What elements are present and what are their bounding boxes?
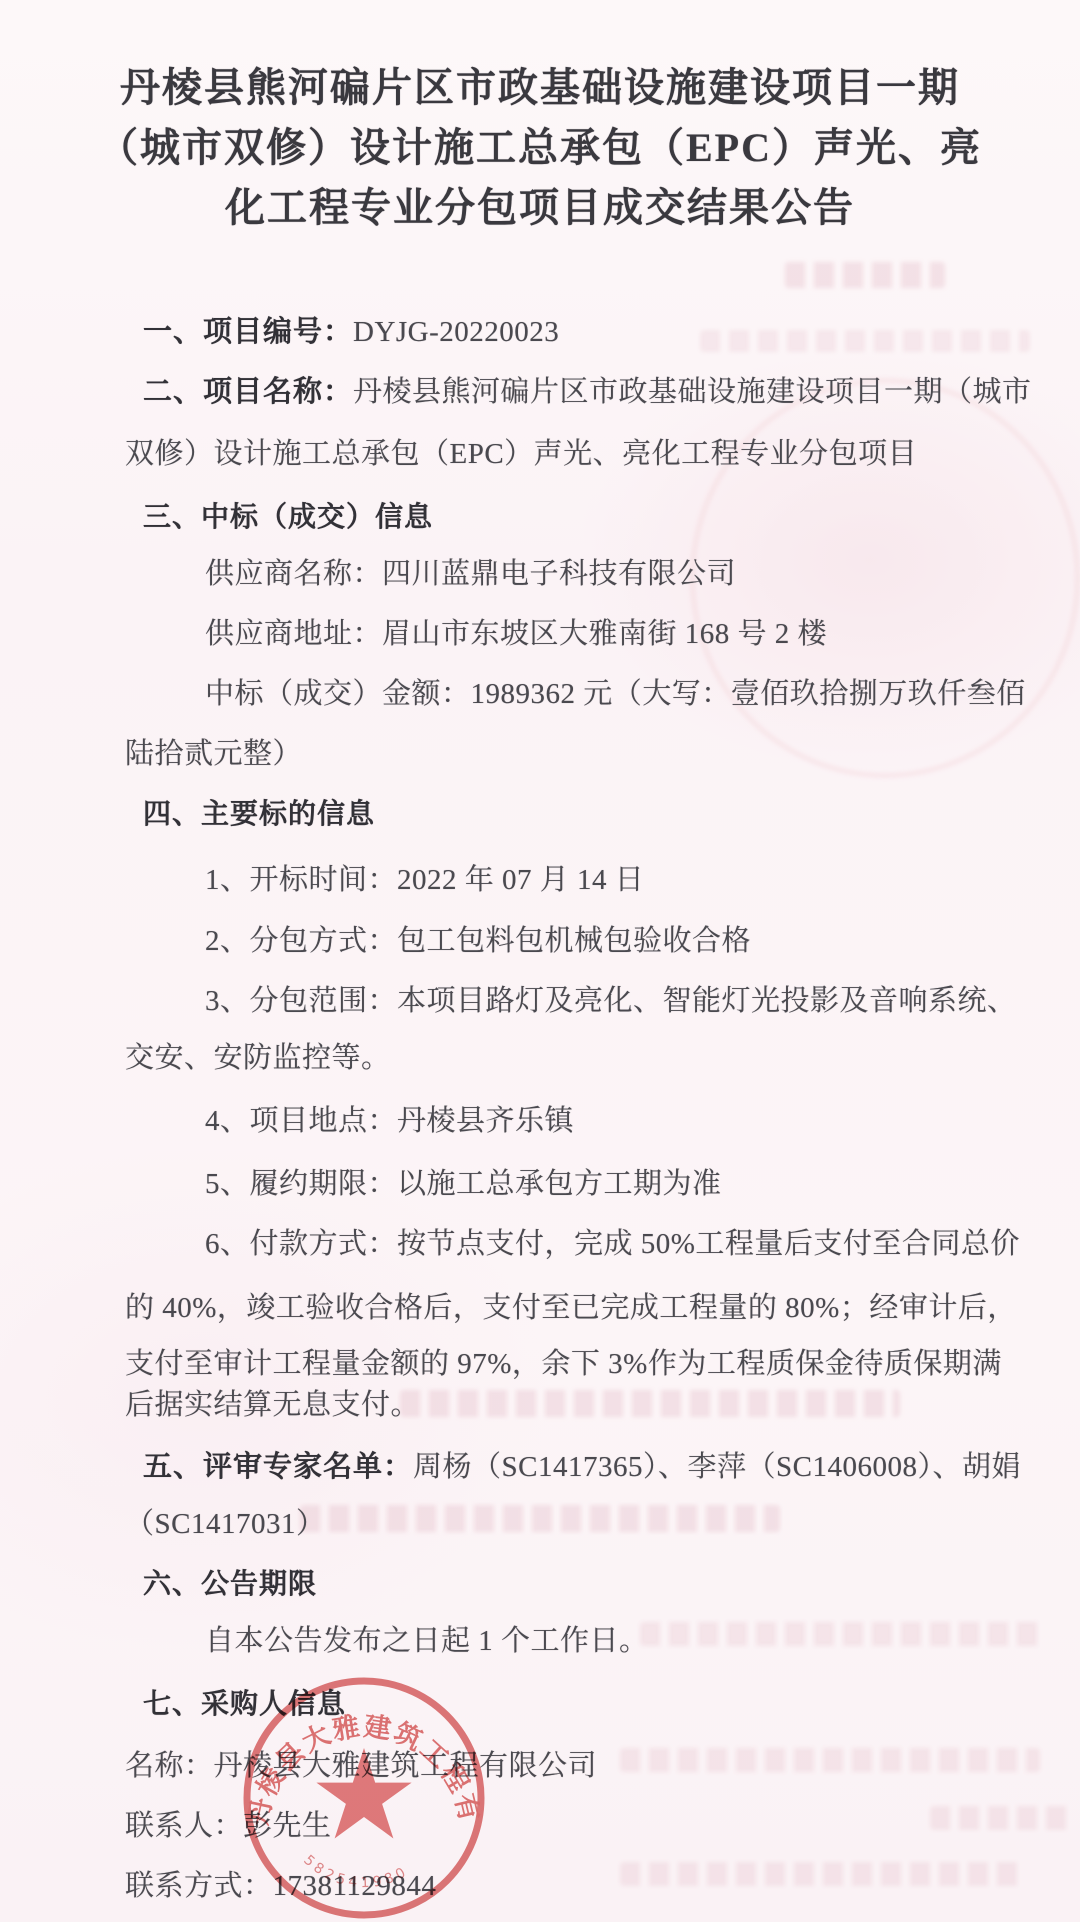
section-experts-label: 五、评审专家名单： bbox=[143, 1451, 413, 1483]
doc-title-line-1: 丹棱县熊河碥片区市政基础设施建设项目一期 bbox=[0, 68, 1080, 108]
subject-item-payment-line-1: 6、付款方式：按节点支付，完成 50%工程量后支付至合同总价 bbox=[205, 1230, 1020, 1259]
bleed-through-smudge bbox=[300, 1505, 780, 1532]
bleed-through-smudge bbox=[400, 1390, 900, 1417]
subject-item-payment-line-2: 的 40%，竣工验收合格后，支付至已完成工程量的 80%；经审计后， bbox=[125, 1294, 1017, 1323]
supplier-address-line: 供应商地址：眉山市东坡区大雅南街 168 号 2 楼 bbox=[205, 620, 827, 649]
experts-names: 周杨（SC1417365）、李萍（SC1406008）、胡娟 bbox=[413, 1451, 1021, 1483]
seal-serial-number: 582541980 bbox=[300, 1852, 412, 1891]
subject-item-scope-line-1: 3、分包范围：本项目路灯及亮化、智能灯光投影及音响系统、 bbox=[205, 987, 1017, 1016]
subject-item-payment-line-4: 后据实结算无息支付。 bbox=[125, 1391, 420, 1420]
svg-text:582541980: 582541980 bbox=[300, 1852, 412, 1891]
section-project-number: 一、项目编号：DYJG-20220023 bbox=[143, 318, 559, 347]
project-name-value: 丹棱县熊河碥片区市政基础设施建设项目一期（城市 bbox=[353, 376, 1032, 408]
doc-title-line-3: 化工程专业分包项目成交结果公告 bbox=[0, 188, 1080, 228]
bleed-through-smudge bbox=[700, 330, 1030, 352]
bleed-through-smudge bbox=[785, 262, 945, 288]
bleed-through-smudge bbox=[930, 1806, 1070, 1830]
subject-item-payment-line-3: 支付至审计工程量金额的 97%，余下 3%作为工程质保金待质保期满 bbox=[125, 1350, 1002, 1379]
section-subject-info-heading: 四、主要标的信息 bbox=[143, 800, 375, 828]
award-amount-line-1: 中标（成交）金额：1989362 元（大写：壹佰玖拾捌万玖仟叁佰 bbox=[205, 680, 1026, 709]
seal-star-icon bbox=[316, 1748, 411, 1839]
bleed-through-smudge bbox=[640, 1622, 1040, 1646]
section-project-name-label: 二、项目名称： bbox=[143, 376, 353, 408]
award-amount-line-2: 陆拾贰元整） bbox=[125, 740, 302, 769]
doc-title-line-2: （城市双修）设计施工总承包（EPC）声光、亮 bbox=[0, 128, 1080, 168]
section-notice-period-heading: 六、公告期限 bbox=[143, 1570, 317, 1598]
notice-period-body: 自本公告发布之日起 1 个工作日。 bbox=[205, 1627, 649, 1656]
experts-wrap-line: （SC1417031） bbox=[125, 1510, 325, 1539]
section-award-info-heading: 三、中标（成交）信息 bbox=[143, 503, 433, 531]
subject-item-subcontract-mode: 2、分包方式：包工包料包机械包验收合格 bbox=[205, 927, 751, 956]
subject-item-duration: 5、履约期限：以施工总承包方工期为准 bbox=[205, 1170, 722, 1199]
bleed-through-smudge bbox=[620, 1862, 1020, 1886]
project-name-wrap-line: 双修）设计施工总承包（EPC）声光、亮化工程专业分包项目 bbox=[125, 440, 917, 469]
section-project-number-label: 一、项目编号： bbox=[143, 316, 353, 348]
subject-item-scope-line-2: 交安、安防监控等。 bbox=[125, 1044, 391, 1073]
scanned-announcement-page: 丹棱县熊河碥片区市政基础设施建设项目一期 （城市双修）设计施工总承包（EPC）声… bbox=[0, 0, 1080, 1922]
subject-item-location: 4、项目地点：丹棱县齐乐镇 bbox=[205, 1107, 574, 1136]
section-project-name: 二、项目名称：丹棱县熊河碥片区市政基础设施建设项目一期（城市 bbox=[143, 378, 1032, 407]
supplier-name-line: 供应商名称：四川蓝鼎电子科技有限公司 bbox=[205, 560, 736, 589]
subject-item-open-date: 1、开标时间：2022 年 07 月 14 日 bbox=[205, 866, 644, 895]
section-experts: 五、评审专家名单：周杨（SC1417365）、李萍（SC1406008）、胡娟 bbox=[143, 1453, 1021, 1482]
bleed-through-smudge bbox=[620, 1748, 1040, 1772]
project-number-value: DYJG-20220023 bbox=[353, 316, 559, 348]
company-seal-stamp: 丹棱县大雅建筑工程有限公司 582541980 bbox=[238, 1672, 490, 1922]
